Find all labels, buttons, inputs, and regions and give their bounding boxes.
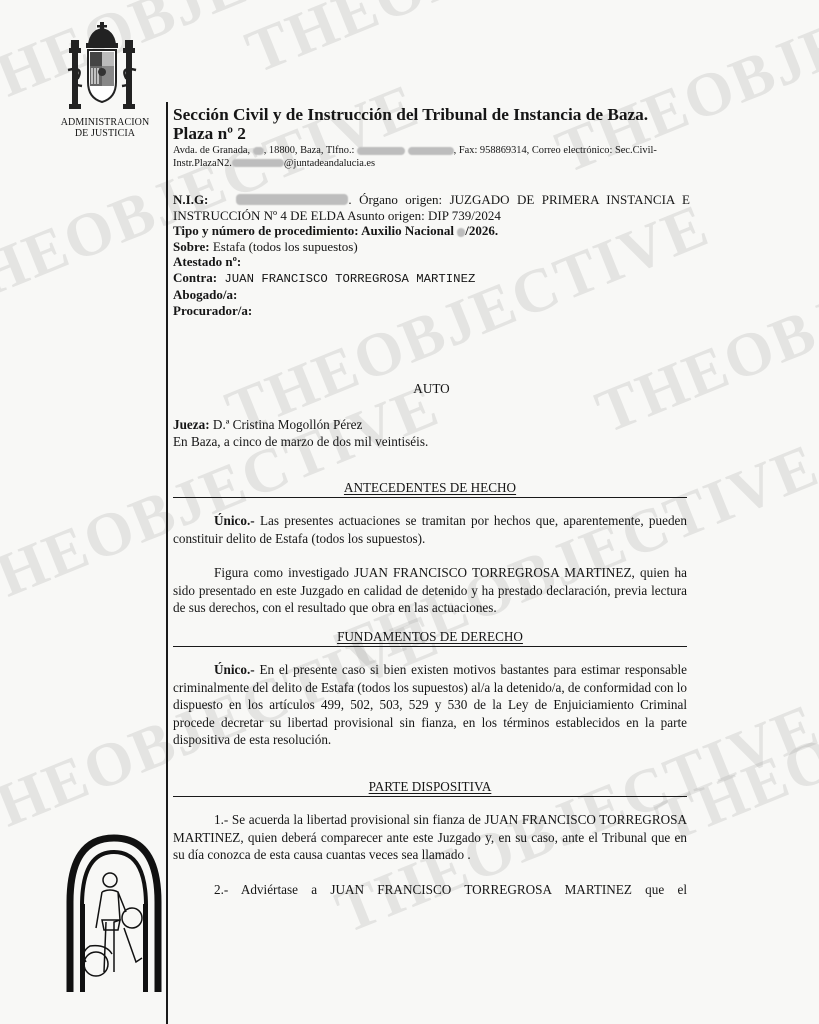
- dispositiva-paragraph-1: 1.- Se acuerda la libertad provisional s…: [173, 811, 687, 864]
- paragraph-text: 2.- Adviértase a JUAN FRANCISCO TORREGRO…: [214, 882, 687, 897]
- left-margin-rule: [166, 102, 168, 1024]
- section-antecedentes-heading: ANTECEDENTES DE HECHO: [173, 480, 687, 498]
- paragraph-text: 1.- Se acuerda la libertad provisional s…: [173, 812, 687, 862]
- atestado-row: Atestado nº:: [173, 254, 690, 270]
- watermark: THEOBJECTIVE: [237, 0, 739, 88]
- nig-label: N.I.G:: [173, 192, 208, 208]
- judge-label: Jueza:: [173, 417, 210, 432]
- case-metadata: N.I.G: . Órgano origen: JUZGADO DE PRIME…: [173, 192, 690, 318]
- address-text: @juntadeandalucia.es: [284, 158, 375, 169]
- redacted-block: [232, 159, 284, 167]
- sobre-label: Sobre:: [173, 239, 210, 254]
- procurador-row: Procurador/a:: [173, 303, 690, 319]
- redacted-block: [253, 147, 264, 155]
- organo-origen: . Órgano origen: JUZGADO DE PRIMERA INST…: [348, 192, 690, 208]
- paragraph-text: Figura como investigado JUAN FRANCISCO T…: [173, 565, 687, 615]
- contra-label: Contra:: [173, 270, 217, 285]
- redacted-nig: [236, 194, 348, 205]
- judge-block: Jueza: D.ª Cristina Mogollón Pérez En Ba…: [173, 416, 428, 450]
- section-title: FUNDAMENTOS DE DERECHO: [337, 629, 523, 644]
- contra-row: Contra: JUAN FRANCISCO TORREGROSA MARTIN…: [173, 270, 690, 288]
- sobre-value: Estafa (todos los supuestos): [210, 239, 358, 254]
- redacted-block: [357, 147, 405, 155]
- tipo-value: /2026.: [465, 223, 498, 238]
- document-header: Sección Civil y de Instrucción del Tribu…: [173, 105, 690, 318]
- watermark: THEOBJECTIVE: [327, 430, 819, 688]
- dispositiva-paragraph-2: 2.- Adviértase a JUAN FRANCISCO TORREGRO…: [173, 881, 687, 899]
- judge-name: D.ª Cristina Mogollón Pérez: [210, 417, 363, 432]
- tipo-label: Tipo y número de procedimiento: Auxilio …: [173, 223, 457, 238]
- section-title: ANTECEDENTES DE HECHO: [344, 480, 516, 495]
- atestado-label: Atestado nº:: [173, 254, 241, 269]
- contra-value: JUAN FRANCISCO TORREGROSA MARTINEZ: [217, 272, 475, 286]
- redacted-block: [457, 228, 465, 237]
- section-parte-dispositiva-heading: PARTE DISPOSITIVA: [173, 779, 687, 797]
- logo-caption: ADMINISTRACION DE JUSTICIA: [50, 117, 160, 139]
- date-line: En Baza, a cinco de marzo de dos mil vei…: [173, 433, 428, 450]
- address-text: Avda. de Granada,: [173, 145, 253, 156]
- address-text: , Fax: 958869314, Correo electrónico: Se…: [454, 145, 657, 156]
- paragraph-lead: Único.-: [214, 513, 255, 528]
- abogado-row: Abogado/a:: [173, 287, 690, 303]
- abogado-label: Abogado/a:: [173, 287, 237, 302]
- court-title: Sección Civil y de Instrucción del Tribu…: [173, 105, 690, 143]
- address-text: Instr.PlazaN2.: [173, 158, 232, 169]
- redacted-block: [408, 147, 454, 155]
- sobre-row: Sobre: Estafa (todos los supuestos): [173, 239, 690, 255]
- address-text: , 18800, Baza, Tlfno.:: [264, 145, 357, 156]
- document-type-title: AUTO: [173, 381, 690, 397]
- procurador-label: Procurador/a:: [173, 303, 252, 318]
- nig-row: N.I.G: . Órgano origen: JUZGADO DE PRIME…: [173, 192, 690, 208]
- andalucia-emblem-icon: [66, 832, 162, 992]
- section-title: PARTE DISPOSITIVA: [369, 779, 492, 794]
- asunto-origen: INSTRUCCIÓN Nº 4 DE ELDA Asunto origen: …: [173, 208, 690, 224]
- logo-caption-line2: DE JUSTICIA: [50, 128, 160, 139]
- fundamentos-paragraph-1: Único.- En el presente caso si bien exis…: [173, 661, 687, 749]
- section-fundamentos-heading: FUNDAMENTOS DE DERECHO: [173, 629, 687, 647]
- logo-caption-line1: ADMINISTRACION: [50, 117, 160, 128]
- court-address: Avda. de Granada, , 18800, Baza, Tlfno.:…: [173, 145, 690, 170]
- antecedentes-paragraph-1: Único.- Las presentes actuaciones se tra…: [173, 512, 687, 547]
- document-page: THEOBJECTIVE THEOBJECTIVE THEOBJECTIVE T…: [0, 0, 819, 1024]
- antecedentes-paragraph-2: Figura como investigado JUAN FRANCISCO T…: [173, 564, 687, 617]
- spanish-coat-of-arms-icon: [64, 22, 140, 118]
- paragraph-lead: Único.-: [214, 662, 255, 677]
- tipo-procedimiento-row: Tipo y número de procedimiento: Auxilio …: [173, 223, 690, 239]
